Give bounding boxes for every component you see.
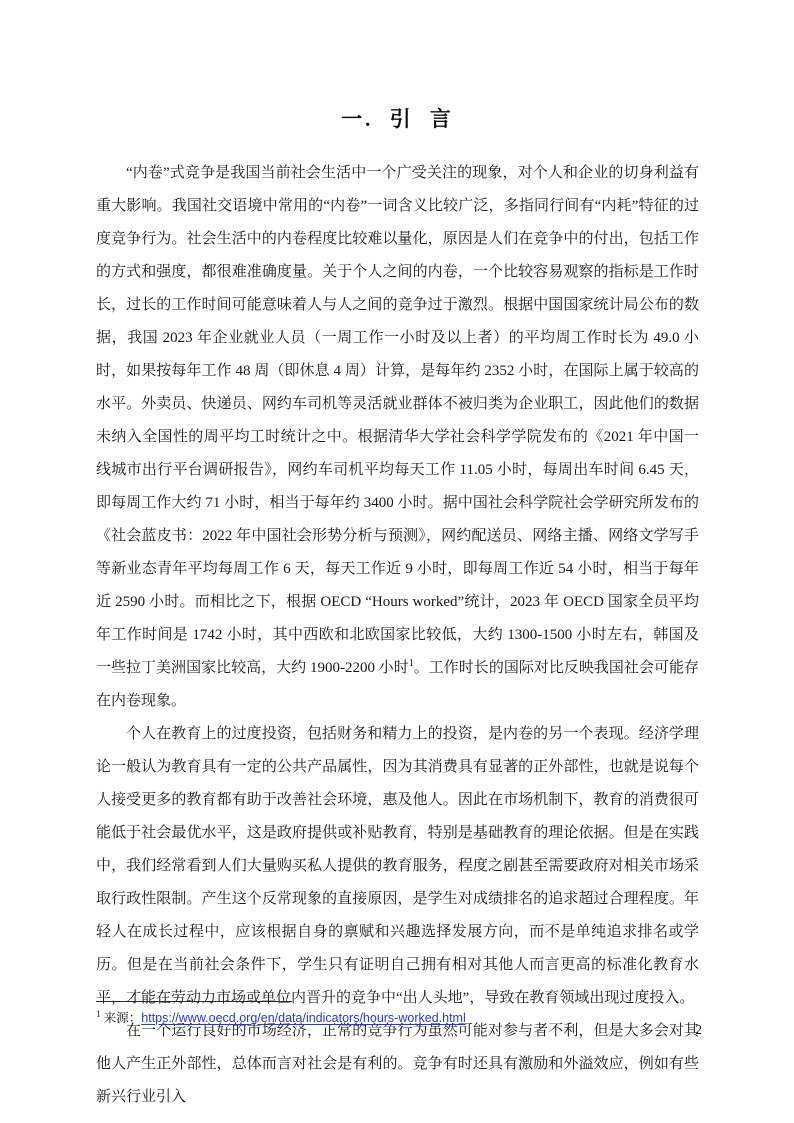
paragraph-text: “内卷”式竞争是我国当前社会生活中一个广受关注的现象，对个人和企业的切身利益有重… [96,165,699,676]
body-paragraph: 在一个运行良好的市场经济，正常的竞争行为虽然可能对参与者不利，但是大多会对其他人… [96,1015,699,1114]
footnote: 1来源：https://www.oecd.org/en/data/indicat… [96,1001,699,1027]
footnote-label: 来源： [104,1011,142,1025]
section-title: 一. 引 言 [96,103,699,133]
footnote-url-link[interactable]: https://www.oecd.org/en/data/indicators/… [141,1011,465,1025]
body-paragraph: 个人在教育上的过度投资，包括财务和精力上的投资，是内卷的另一个表现。经济学理论一… [96,718,699,1015]
page-content: 一. 引 言 “内卷”式竞争是我国当前社会生活中一个广受关注的现象，对个人和企业… [96,103,699,1114]
document-page: 一. 引 言 “内卷”式竞争是我国当前社会生活中一个广受关注的现象，对个人和企业… [0,0,794,1123]
page-number: 2 [695,1022,702,1038]
footnote-line: 1来源：https://www.oecd.org/en/data/indicat… [96,1009,699,1027]
footnote-marker: 1 [96,1010,101,1020]
body-paragraph: “内卷”式竞争是我国当前社会生活中一个广受关注的现象，对个人和企业的切身利益有重… [96,157,699,718]
footnote-separator [96,1001,292,1002]
